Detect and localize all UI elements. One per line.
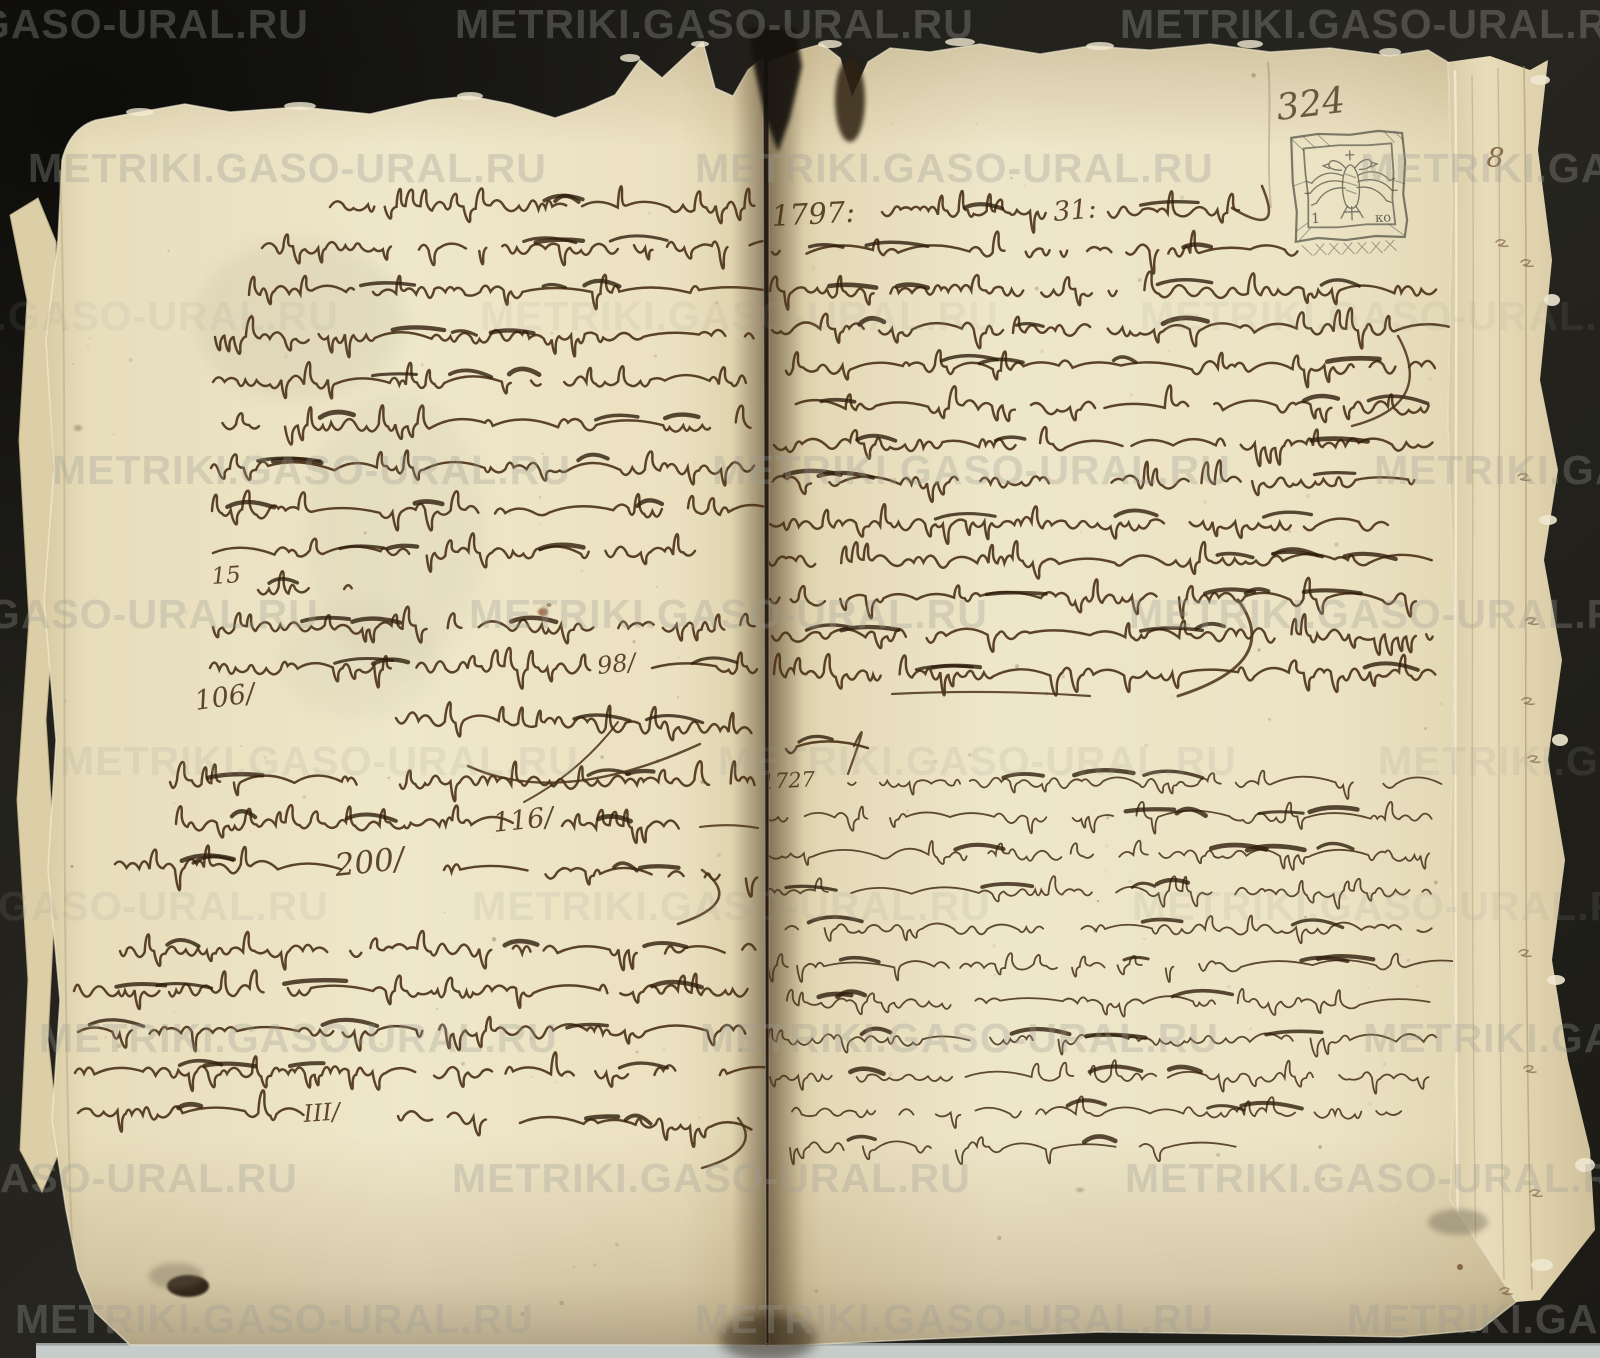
watermark-text: METRIKI.GASO-URAL.RU [695, 1296, 1214, 1342]
paper-speckle [593, 1264, 596, 1267]
paper-speckle [1439, 702, 1442, 705]
ink-accent-stroke [1126, 809, 1174, 811]
paper-speckle [1170, 694, 1174, 698]
paper-speckle [812, 266, 816, 270]
stain [74, 425, 82, 431]
stamp-denomination-left: 1 [1311, 211, 1320, 227]
paper-speckle [677, 696, 679, 698]
stain [835, 58, 865, 142]
watermark-text: METRIKI.GASO-URAL.RU [1140, 293, 1600, 339]
paper-speckle [173, 802, 175, 804]
paper-speckle [1306, 494, 1310, 498]
paper-speckle [698, 1116, 700, 1118]
manuscript-spread: 1598/106/116/200/III/ 1797:31:1727 324 [0, 0, 1600, 1358]
paper-speckle [113, 434, 115, 436]
paper-speckle [421, 363, 424, 366]
paper-speckle [1227, 985, 1231, 989]
paper-speckle [694, 461, 698, 465]
paper-speckle [1143, 938, 1145, 940]
paper-speckle [566, 1075, 569, 1078]
paper-speckle [559, 1301, 563, 1305]
ink-accent-stroke [821, 400, 854, 402]
paper-speckle [1251, 73, 1256, 78]
paper-speckle [1040, 349, 1044, 353]
paper-speckle [1080, 531, 1081, 532]
paper-speckle [724, 1078, 725, 1079]
watermark-text: METRIKI.GASO-URAL.RU [1363, 1015, 1600, 1061]
paper-speckle [1258, 648, 1261, 651]
paper-speckle [632, 640, 635, 643]
paper-speckle [615, 1243, 619, 1247]
paper-speckle [554, 1081, 557, 1084]
watermark-text: METRIKI.GASO-URAL.RU [1374, 447, 1600, 493]
paper-speckle [1383, 1063, 1386, 1066]
watermark-text: METRIKI.GASO-URAL.RU [1347, 1296, 1600, 1342]
paper-speckle [70, 865, 73, 868]
paper-speckle [656, 586, 658, 588]
watermark-text: METRIKI.GASO-URAL.RU [0, 883, 329, 929]
gutter-shadow [732, 40, 804, 1345]
watermark-text: METRIKI.GASO-URAL.RU [39, 1015, 558, 1061]
paper-speckle [572, 1265, 575, 1268]
watermark-text: METRIKI.GASO-URAL.RU [695, 145, 1214, 191]
paper-speckle [444, 911, 446, 913]
legible-numeral: 98/ [596, 648, 640, 680]
legible-numeral: 200/ [332, 841, 409, 884]
ink-accent-stroke [415, 501, 442, 503]
paper-speckle [1012, 229, 1014, 231]
paper-speckle [167, 250, 169, 252]
paper-speckle [889, 1072, 893, 1076]
watermark-text: METRIKI.GASO-URAL.RU [0, 1155, 298, 1201]
paper-speckle [1160, 670, 1162, 672]
paper-speckle [1073, 1294, 1075, 1296]
watermark-text: METRIKI.GASO-URAL.RU [712, 447, 1231, 493]
paper-speckle [383, 192, 385, 194]
watermark-text: METRIKI.GASO-URAL.RU [1125, 1155, 1600, 1201]
watermark-text: METRIKI.GASO-URAL.RU [15, 1296, 534, 1342]
ink-accent-stroke [932, 666, 980, 668]
stain [149, 1263, 203, 1289]
paper-speckle [1138, 278, 1142, 282]
paper-speckle [676, 655, 680, 659]
legible-numeral: 15 [211, 562, 242, 590]
watermark-text: METRIKI.GASO-URAL.RU [1129, 591, 1600, 637]
watermark-text: METRIKI.GASO-URAL.RU [1378, 738, 1600, 784]
watermark-text: METRIKI.GASO-URAL.RU [1360, 145, 1600, 191]
paper-speckle [662, 1049, 666, 1053]
stamp-denomination-right: ко [1375, 210, 1392, 226]
paper-speckle [1035, 286, 1039, 290]
paper-speckle [636, 1051, 639, 1054]
paper-speckle [1318, 1145, 1322, 1149]
paper-speckle [600, 755, 604, 759]
legible-numeral: 31: [1052, 193, 1098, 228]
watermark-text: METRIKI.GASO-URAL.RU [52, 447, 571, 493]
paper-speckle [539, 522, 542, 525]
paper-speckle [364, 531, 367, 534]
watermark-text: METRIKI.GASO-URAL.RU [28, 145, 547, 191]
ink-accent-stroke [205, 1064, 256, 1067]
paper-speckle [531, 1076, 533, 1078]
paper-speckle [492, 937, 497, 942]
watermark-text: METRIKI.GASO-URAL.RU [469, 591, 988, 637]
paper-speckle [1416, 985, 1419, 988]
paper-speckle [1396, 1206, 1399, 1209]
paper-speckle [1062, 675, 1065, 678]
paper-speckle [1203, 500, 1207, 504]
paper-speckle [303, 795, 307, 799]
watermark-text: METRIKI.GASO-URAL.RU [472, 883, 991, 929]
paper-speckle [284, 355, 287, 358]
paper-speckle [1428, 377, 1432, 381]
ink-accent-stroke [987, 593, 1046, 595]
legible-numeral: III/ [301, 1097, 343, 1128]
watermark-text: METRIKI.GASO-URAL.RU [60, 738, 579, 784]
paper-speckle [129, 358, 133, 362]
paper-speckle [539, 496, 542, 499]
paper-speckle [1130, 393, 1133, 396]
paper-speckle [1288, 530, 1291, 533]
paper-speckle [174, 1011, 176, 1013]
watermark-text: METRIKI.GASO-URAL.RU [480, 293, 999, 339]
legible-numeral: 116/ [491, 801, 557, 838]
paper-speckle [1424, 727, 1427, 730]
stain [1428, 1209, 1488, 1235]
paper-speckle [1368, 1102, 1373, 1107]
ink-accent-stroke [829, 285, 876, 288]
paper-speckle [730, 1280, 733, 1283]
paper-speckle [992, 944, 995, 947]
watermark-text: METRIKI.GASO-URAL.RU [700, 1015, 1219, 1061]
paper-speckle [717, 853, 722, 858]
paper-speckle [461, 1062, 465, 1066]
paper-speckle [933, 81, 934, 82]
paper-speckle [648, 211, 651, 214]
paper-speckle [64, 699, 67, 702]
paper-speckle [86, 345, 90, 349]
paper-speckle [1168, 350, 1170, 352]
legible-numeral: 1797: [771, 195, 856, 233]
paper-speckle [1268, 718, 1271, 721]
watermark-text: METRIKI.GASO-URAL.RU [718, 738, 1237, 784]
paper-speckle [815, 1289, 819, 1293]
paper-speckle [580, 569, 583, 572]
watermark-text: METRIKI.GASO-URAL.RU [455, 1, 974, 47]
folio-page-number: 324 [1274, 80, 1347, 129]
paper-speckle [1334, 542, 1339, 547]
right-page [769, 44, 1516, 1345]
paper-speckle [1105, 844, 1109, 848]
watermark-text: METRIKI.GASO-URAL.RU [452, 1155, 971, 1201]
stain [1076, 1188, 1084, 1192]
watermark-text: METRIKI.GASO-URAL.RU [1120, 1, 1600, 47]
paper-speckle [993, 974, 996, 977]
paper-speckle [890, 122, 894, 126]
paper-speckle [1180, 196, 1185, 201]
paper-speckle [301, 796, 303, 798]
paper-speckle [997, 1236, 1001, 1240]
paper-speckle [1015, 664, 1019, 668]
paper-speckle [1400, 953, 1403, 956]
paper-speckle [509, 513, 511, 515]
paper-speckle [436, 1008, 439, 1011]
paper-speckle [1249, 1028, 1252, 1031]
paper-speckle [975, 122, 978, 125]
archive-scan: 1598/106/116/200/III/ 1797:31:1727 324 [0, 0, 1600, 1358]
watermark-text: METRIKI.GASO-URAL.RU [0, 293, 339, 339]
paper-speckle [1105, 869, 1108, 872]
watermark-text: METRIKI.GASO-URAL.RU [1132, 883, 1600, 929]
paper-speckle [1407, 959, 1410, 962]
paper-speckle [1097, 900, 1099, 902]
paper-speckle [249, 830, 251, 832]
paper-speckle [906, 809, 910, 813]
stain [1457, 1264, 1463, 1270]
paper-speckle [1106, 816, 1110, 820]
paper-speckle [654, 354, 657, 357]
paper-speckle [227, 674, 231, 678]
paper-speckle [797, 646, 801, 650]
watermark-text: METRIKI.GASO-URAL.RU [0, 591, 319, 637]
paper-speckle [72, 363, 74, 365]
watermark-text: METRIKI.GASO-URAL.RU [0, 1, 309, 47]
ink-accent-stroke [1312, 439, 1368, 442]
paper-speckle [1368, 987, 1370, 989]
